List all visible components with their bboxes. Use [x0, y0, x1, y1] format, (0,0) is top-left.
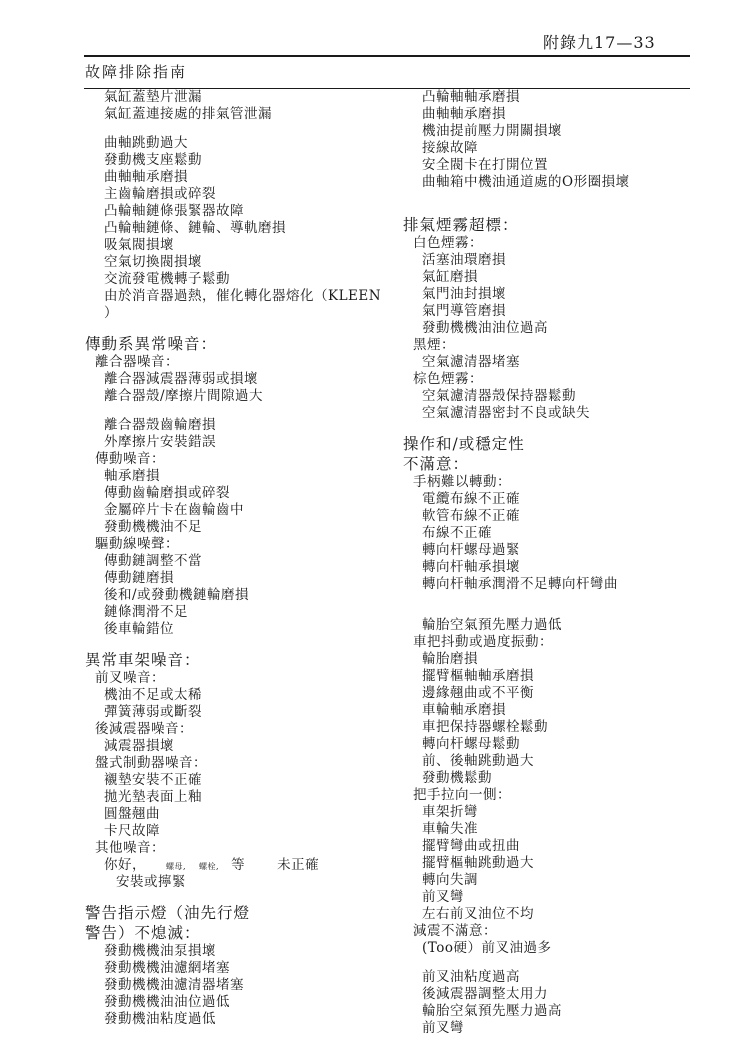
- section-heading: 警告指示燈（油先行燈: [85, 903, 403, 923]
- list-item: 車把抖動或過度振動：: [413, 634, 723, 651]
- list-item: 傳動鏈磨損: [104, 570, 403, 587]
- list-item: 發動機機油不足: [104, 519, 403, 536]
- blank-line: [403, 593, 723, 605]
- list-item: 發動機機油油位過高: [422, 320, 723, 337]
- list-item: 擺臂彎曲或扭曲: [422, 838, 723, 855]
- list-item: 發動機鬆動: [422, 770, 723, 787]
- blank-line: [403, 203, 723, 215]
- list-item: 發動機機油泵損壞: [104, 943, 403, 960]
- list-item: 車架折彎: [422, 804, 723, 821]
- list-item: 後和/或發動機鏈輪磨損: [104, 587, 403, 604]
- list-item: 離合器殼/摩擦片間隙過大: [104, 388, 403, 405]
- list-item: 減震器損壞: [104, 738, 403, 755]
- section-heading: 傳動系異常噪音：: [85, 334, 403, 354]
- list-item: 曲軸軸承磨損: [104, 169, 403, 186]
- list-item: 前叉彎: [422, 1020, 723, 1037]
- list-item: 前叉油粘度過高: [422, 969, 723, 986]
- list-item: 傳動噪音：: [95, 451, 403, 468]
- blank-line: [85, 891, 403, 903]
- blank-line: [85, 123, 403, 135]
- list-item: 軸承磨損: [104, 468, 403, 485]
- list-item: 布線不正確: [422, 525, 723, 542]
- list-item: 轉向杆軸承潤滑不足轉向杆彎曲: [422, 576, 723, 593]
- list-item: 手柄難以轉動：: [413, 474, 723, 491]
- troubleshooting-right-column: 凸輪軸軸承磨損曲軸軸承磨損機油提前壓力開關損壞接線故障安全閥卡在打開位置曲軸箱中…: [403, 89, 723, 1037]
- list-item: 輪胎空氣預先壓力過高: [422, 1003, 723, 1020]
- list-item: 發動機機油濾網堵塞: [104, 960, 403, 977]
- list-item: 輪胎磨損: [422, 651, 723, 668]
- list-item: 後減震器調整太用力: [422, 986, 723, 1003]
- blank-line: [403, 191, 723, 203]
- list-item: 擺臂樞軸軸承磨損: [422, 668, 723, 685]
- section-heading: 操作和/或穩定性: [403, 434, 723, 454]
- list-item: 機油不足或太稀: [104, 687, 403, 704]
- list-item: 曲軸軸承磨損: [422, 106, 723, 123]
- list-item: 交流發電機轉子鬆動: [104, 271, 403, 288]
- list-item: 卡尺故障: [104, 823, 403, 840]
- blank-line: [85, 638, 403, 650]
- section-heading: 警告）不熄滅：: [85, 923, 403, 943]
- list-item: 轉向杆軸承損壞: [422, 559, 723, 576]
- list-item: 發動機機油濾清器堵塞: [104, 977, 403, 994]
- list-item: 活塞油環磨損: [422, 252, 723, 269]
- list-item: 主齒輪磨損或碎裂: [104, 186, 403, 203]
- list-item: 邊緣翹曲或不平衡: [422, 685, 723, 702]
- page-title: 故障排除指南: [84, 57, 690, 88]
- list-item: 轉向杆螺母鬆動: [422, 736, 723, 753]
- list-item: 黑煙：: [413, 337, 723, 354]
- list-item: 發動機油粘度過低: [104, 1011, 403, 1028]
- list-item: 機油提前壓力開關損壞: [422, 123, 723, 140]
- section-heading: 排氣煙霧超標：: [403, 215, 723, 235]
- list-item: 車把保持器螺栓鬆動: [422, 719, 723, 736]
- list-item: 左右前叉油位不均: [422, 906, 723, 923]
- list-item: 離合器殼齒輪磨損: [104, 417, 403, 434]
- list-item: 擺臂樞軸跳動過大: [422, 855, 723, 872]
- list-item: 氣缸蓋連接處的排氣管泄漏: [104, 106, 403, 123]
- list-item: 曲軸跳動過大: [104, 135, 403, 152]
- list-item: 氣門導管磨損: [422, 303, 723, 320]
- list-item: 後減震器噪音：: [95, 721, 403, 738]
- list-item: 吸氣閥損壞: [104, 237, 403, 254]
- list-item: 彈簧薄弱或斷裂: [104, 704, 403, 721]
- list-item: 轉向杆螺母過緊: [422, 542, 723, 559]
- list-item: 圓盤翹曲: [104, 806, 403, 823]
- list-item: 車輪失准: [422, 821, 723, 838]
- list-item: 凸輪軸鏈條、鏈輪、導軌磨損: [104, 220, 403, 237]
- list-item: 空氣濾清器殼保持器鬆動: [422, 388, 723, 405]
- inline-text: 等: [231, 857, 245, 873]
- list-item: 空氣濾清器密封不良或缺失: [422, 405, 723, 422]
- list-item: 白色煙霧：: [413, 235, 723, 252]
- blank-line: [403, 605, 723, 617]
- list-item: 氣缸蓋墊片泄漏: [104, 89, 403, 106]
- section-heading: 異常車架噪音：: [85, 650, 403, 670]
- page-number: 附錄九17—33: [543, 30, 656, 53]
- section-title-band: 故障排除指南: [84, 55, 690, 89]
- list-item: 安裝或擰緊: [116, 874, 403, 891]
- section-heading: 不滿意：: [403, 454, 723, 474]
- list-item: 把手拉向一側：: [413, 787, 723, 804]
- list-item: 你好，螺母,螺栓,等未正確: [104, 857, 403, 874]
- list-item: 傳動鏈調整不當: [104, 553, 403, 570]
- blank-line: [85, 405, 403, 417]
- list-item: 輪胎空氣預先壓力過低: [422, 617, 723, 634]
- list-item: 離合器減震器薄弱或損壞: [104, 371, 403, 388]
- list-item: 鏈條潤滑不足: [104, 604, 403, 621]
- list-item: (Too硬）前叉油過多: [422, 940, 723, 957]
- list-item: 空氣濾清器堵塞: [422, 354, 723, 371]
- list-item: 其他噪音：: [95, 840, 403, 857]
- list-item: 離合器噪音：: [95, 354, 403, 371]
- list-item: 後車輪錯位: [104, 621, 403, 638]
- list-item: 發動機支座鬆動: [104, 152, 403, 169]
- list-item: 前叉噪音：: [95, 670, 403, 687]
- list-item: 軟管布線不正確: [422, 508, 723, 525]
- list-item: 盤式制動器噪音：: [95, 755, 403, 772]
- list-item: 轉向失調: [422, 872, 723, 889]
- inline-text: 未正確: [277, 857, 319, 873]
- inline-text: 螺栓,: [199, 862, 219, 871]
- list-item: 前叉彎: [422, 889, 723, 906]
- list-item: 驅動線噪聲：: [95, 536, 403, 553]
- list-item: 車輪軸承磨損: [422, 702, 723, 719]
- list-item: 電纜布線不正確: [422, 491, 723, 508]
- list-item: 安全閥卡在打開位置: [422, 157, 723, 174]
- list-item: 發動機機油油位過低: [104, 994, 403, 1011]
- troubleshooting-left-column: 氣缸蓋墊片泄漏氣缸蓋連接處的排氣管泄漏曲軸跳動過大發動機支座鬆動曲軸軸承磨損主齒…: [85, 89, 403, 1028]
- list-item: 外摩擦片安裝錯誤: [104, 434, 403, 451]
- list-item: 金屬碎片卡在齒輪齒中: [104, 502, 403, 519]
- list-item: ）: [104, 305, 403, 322]
- list-item: 棕色煙霧：: [413, 371, 723, 388]
- list-item: 減震不滿意：: [413, 923, 723, 940]
- list-item: 由於消音器過熱，催化轉化器熔化（KLEEN: [104, 288, 403, 305]
- list-item: 前、後軸跳動過大: [422, 753, 723, 770]
- list-item: 拋光墊表面上釉: [104, 789, 403, 806]
- list-item: 曲軸箱中機油通道處的O形圈損壞: [422, 174, 723, 191]
- list-item: 襯墊安裝不正確: [104, 772, 403, 789]
- list-item: 凸輪軸軸承磨損: [422, 89, 723, 106]
- list-item: 接線故障: [422, 140, 723, 157]
- blank-line: [403, 422, 723, 434]
- inline-text: 你好，: [104, 857, 146, 873]
- blank-line: [85, 322, 403, 334]
- inline-text: 螺母,: [166, 862, 186, 871]
- list-item: 氣門油封損壞: [422, 286, 723, 303]
- blank-line: [403, 957, 723, 969]
- list-item: 傳動齒輪磨損或碎裂: [104, 485, 403, 502]
- list-item: 空氣切換閥損壞: [104, 254, 403, 271]
- list-item: 氣缸磨損: [422, 269, 723, 286]
- list-item: 凸輪軸鏈條張緊器故障: [104, 203, 403, 220]
